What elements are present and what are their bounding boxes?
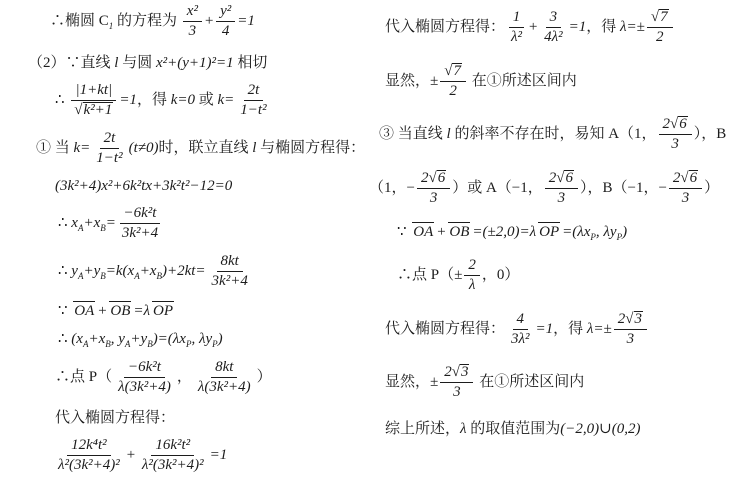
numerator: √7 [440,63,466,82]
denominator: 3 [667,135,683,153]
numerator: 2t [100,130,120,149]
fraction: 2√33 [614,311,647,349]
text-run: 显然， [385,374,430,390]
text-run: 的斜率不存在时，易知 A（1， [451,126,657,142]
case1-substitution-line: ① 当 k=2t1−t²(t≠0)时，联立直线 l 与椭圆方程得： [0,129,367,169]
vector-op: OP [152,301,174,320]
text-run: 与圆 [118,55,156,71]
text-run: （1，− [369,180,415,196]
denominator: 3k²+4 [208,272,252,290]
text-run: 代入椭圆方程得： [55,410,175,426]
math-run: , y [111,331,125,347]
substituted-equation-line: 12k⁴t²λ²(3k²+4)²+16k²t²λ²(3k²+4)²=1 [0,436,367,476]
text-run: ） [704,180,719,196]
denominator: λ(3k²+4) [114,378,175,396]
numerator: 1 [509,9,525,28]
numerator: |1+kt| [71,82,116,101]
fraction: 2√63 [545,170,578,208]
sqrt-icon: √ [444,63,452,79]
vector-sum-line: ∵ OA+OB=(±2,0)=λOP=(λxP, λyP) [367,222,734,242]
coefficient: 2 [444,364,452,380]
text-run: ） [257,369,272,385]
math-run: =1 [210,447,228,463]
numerator: 3 [546,9,562,28]
numerator: 2 [464,257,480,276]
denominator: 3λ² [507,330,534,348]
text-run: ∴椭圆 C [50,13,109,29]
point-p-coordinates-line: ∴点 P（−6k²tλ(3k²+4)，8ktλ(3k²+4)） [0,358,367,398]
radicand: 7 [659,9,669,26]
radicand: 7 [452,63,462,80]
fraction: 34λ² [540,9,567,47]
fraction: |1+kt|√k²+1 [70,82,117,120]
numerator: 2√6 [669,170,702,189]
math-run: + [97,303,107,319]
math-run: =k(x [106,263,134,279]
denominator: 2 [652,28,668,46]
text-run: ∴ [55,92,68,108]
fraction: 43λ² [507,311,534,349]
math-run: =λ [133,303,150,319]
sqrt-icon: √ [670,116,678,132]
math-run: )+2kt= [162,263,206,279]
right-column: 代入椭圆方程得：1λ²+34λ²=1，得 λ=±√72 显然，±√72 在①所述… [367,0,734,492]
fraction: √72 [647,9,673,47]
math-run: k= [74,140,91,156]
fraction: −6k²tλ(3k²+4) [114,359,175,397]
math-run: ± [454,267,462,283]
math-run: =1 [237,13,255,29]
text-run: 综上所述， [385,421,460,437]
text-run: ∴ [58,263,71,279]
math-run: ± [430,73,438,89]
numerator: 2√3 [614,311,647,330]
math-run: k= [218,92,235,108]
denominator: 3 [185,22,201,40]
lambda-solution-line: 代入椭圆方程得：1λ²+34λ²=1，得 λ=±√72 [367,8,734,48]
text-run: （2）∵直线 [28,55,114,71]
text-run: ∵ [397,224,410,240]
math-run: +y [83,263,100,279]
numerator: 12k⁴t² [67,437,111,456]
text-run: 与椭圆方程得： [256,140,365,156]
numerator: 16k²t² [151,437,194,456]
lambda-interval-check-line: 显然，±√72 在①所述区间内 [367,62,734,102]
denominator: 3 [449,383,465,401]
radicand: 6 [437,170,447,187]
math-run: (−2,0)∪(0,2) [560,421,640,437]
numerator: 2√6 [659,116,692,135]
sqrt-icon: √ [452,364,460,380]
fraction: 8ktλ(3k²+4) [194,359,255,397]
text-run: ）或 A（−1， [452,180,543,196]
fraction: 2λ [464,257,480,295]
text-run: ，得 [586,19,620,35]
numerator: √7 [647,9,673,28]
math-run: ) [218,331,223,347]
math-run: =1 [119,92,137,108]
math-run: ± [430,374,438,390]
denominator: λ²(3k²+4)² [54,456,124,474]
numerator: −6k²t [120,205,161,224]
math-run: , λy [191,331,212,347]
fraction: 2√33 [440,364,473,402]
numerator: y² [216,3,235,22]
sqrt-icon: √ [556,170,564,186]
text-run: 相切 [234,55,268,71]
fraction: 16k²t²λ²(3k²+4)² [138,437,208,475]
numerator: 2√6 [545,170,578,189]
math-solution-page: ∴椭圆 C1 的方程为 x²3+y²4=1 （2）∵直线 l 与圆 x²+(y+… [0,0,734,492]
denominator: 4λ² [540,28,567,46]
coefficient: 2 [663,116,671,132]
left-column: ∴椭圆 C1 的方程为 x²3+y²4=1 （2）∵直线 l 与圆 x²+(y+… [0,0,367,492]
fraction: 1λ² [507,9,526,47]
math-run: +y [130,331,147,347]
math-run: +x [83,215,100,231]
math-run: x [71,215,78,231]
text-run: 的取值范围为 [467,421,561,437]
fraction: y²4 [216,3,235,41]
math-run: (3k²+4)x²+6k²tx+3k²t²−12=0 [55,178,232,194]
fraction: 12k⁴t²λ²(3k²+4)² [54,437,124,475]
fraction: √72 [440,63,466,101]
sqrt-icon: √ [625,311,633,327]
denominator: λ [465,276,480,294]
fraction: −6k²t3k²+4 [118,205,162,243]
quadratic-equation-line: (3k²+4)x²+6k²tx+3k²t²−12=0 [0,178,367,195]
ab-coordinates-line: （1，−2√63）或 A（−1，2√63），B（−1，−2√63） [367,169,734,209]
coordinate-relation-line: ∴ (xA+xB, yA+yB)=(λxP, λyP) [0,329,367,349]
text-run: ∴ [58,331,71,347]
denominator: 1−t² [236,101,270,119]
denominator: 3 [554,189,570,207]
text-run: ，得 [553,321,587,337]
math-run: + [528,19,538,35]
sqrt-icon: √ [651,9,659,25]
math-run: ) [622,224,627,240]
numerator: x² [183,3,202,22]
denominator: λ(3k²+4) [194,378,255,396]
lambda-interval-check2-line: 显然，±2√33 在①所述区间内 [367,363,734,403]
denominator: 3 [426,189,442,207]
math-run: x²+(y+1)²=1 [156,55,234,71]
vector-ob: OB [448,222,470,241]
sqrt-icon: √ [428,170,436,186]
lambda-solution2-line: 代入椭圆方程得：43λ²=1，得 λ=±2√33 [367,310,734,350]
math-run: =1 [536,321,554,337]
math-run: λ=± [587,321,612,337]
fraction: 2√63 [417,170,450,208]
fraction: 2t1−t² [92,130,126,168]
math-run: + [126,447,136,463]
line-l-tangent-condition-line: （2）∵直线 l 与圆 x²+(y+1)²=1 相切 [0,51,367,72]
vector-relation-line: ∵ OA+OB=λOP [0,301,367,320]
text-run: ， [177,369,192,385]
text-run: 或 [195,92,218,108]
text-run: 时，联立直线 [158,140,252,156]
vector-oa: OA [412,222,434,241]
text-run: ，得 [137,92,171,108]
numerator: 2√6 [417,170,450,189]
math-run: )=(λx [153,331,186,347]
math-run: +x [88,331,105,347]
vector-ob: OB [109,301,131,320]
text-run: ），B [694,126,727,142]
text-run: ∴ [58,215,71,231]
sqrt-icon: √ [680,170,688,186]
vector-op: OP [538,222,560,241]
point-p-line: ∴点 P（±2λ，0） [367,256,734,296]
text-run: 的方程为 [113,13,181,29]
denominator: √k²+1 [70,101,117,119]
fraction: 2√63 [659,116,692,154]
case3-no-slope-line: ③ 当直线 l 的斜率不存在时，易知 A（1，2√63），B [367,115,734,155]
text-run: 代入椭圆方程得： [385,19,505,35]
numerator: 8kt [211,359,237,378]
math-run: =(±2,0)=λ [472,224,536,240]
radicand: 6 [564,170,574,187]
fraction: 8kt3k²+4 [208,253,252,291]
math-run: = [106,215,116,231]
numerator: 4 [513,311,529,330]
ellipse-c1-equation-line: ∴椭圆 C1 的方程为 x²3+y²4=1 [0,2,367,42]
radicand: 3 [634,311,644,328]
denominator: 3k²+4 [118,224,162,242]
text-run: ），B（−1，− [580,180,667,196]
numerator: 2t [244,82,264,101]
text-run: ① 当 [36,140,74,156]
math-run: +x [140,263,157,279]
math-run: =(λx [562,224,590,240]
math-run: + [204,13,214,29]
denominator: 4 [218,22,234,40]
numerator: 2√3 [440,364,473,383]
text-run: 在①所述区间内 [475,374,584,390]
text-run: ，0） [482,267,520,283]
radicand: 6 [678,116,688,133]
radicand: 6 [689,170,699,187]
math-run: y [71,263,78,279]
conclusion-line: 综上所述，λ 的取值范围为(−2,0)∪(0,2) [367,417,734,438]
denominator: 1−t² [92,149,126,167]
text-run: 代入椭圆方程得： [385,321,505,337]
text-run: ③ 当直线 [379,126,447,142]
text-run: ∴点 P（ [55,369,112,385]
tangency-k-solution-line: ∴ |1+kt|√k²+1=1，得 k=0 或 k=2t1−t² [0,81,367,121]
fraction: 2t1−t² [236,82,270,120]
math-run: , λy [596,224,617,240]
text-run: 在①所述区间内 [468,73,577,89]
denominator: 3 [678,189,694,207]
fraction: x²3 [183,3,202,41]
fraction: 2√63 [669,170,702,208]
text-run: ∴点 P（ [397,267,454,283]
radicand: k²+1 [83,102,114,119]
denominator: 2 [445,82,461,100]
denominator: λ² [507,28,526,46]
math-run: + [436,224,446,240]
math-run: =1 [569,19,587,35]
vector-oa: OA [73,301,95,320]
text-run: ∵ [58,303,71,319]
denominator: 3 [623,330,639,348]
radicand: 3 [460,364,470,381]
math-run: (t≠0) [129,140,159,156]
substitute-ellipse-label-line: 代入椭圆方程得： [0,406,367,427]
text-run: 显然， [385,73,430,89]
sqrt-icon: √ [74,102,82,118]
sum-xa-xb-line: ∴ xA+xB=−6k²t3k²+4 [0,204,367,244]
sum-ya-yb-line: ∴ yA+yB=k(xA+xB)+2kt=8kt3k²+4 [0,252,367,292]
math-run: λ=± [620,19,645,35]
math-run: k=0 [171,92,195,108]
denominator: λ²(3k²+4)² [138,456,208,474]
numerator: −6k²t [124,359,165,378]
numerator: 8kt [217,253,243,272]
math-run: (x [71,331,83,347]
